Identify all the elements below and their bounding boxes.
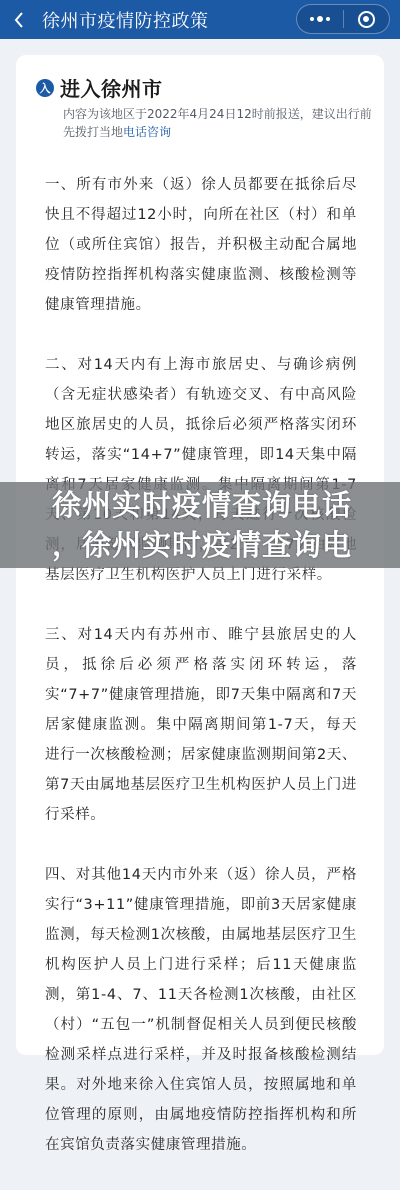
update-notice: 内容为该地区于2022年4月24日12时前报送，建议出行前先拨打当地电话咨询 <box>63 105 373 141</box>
card-title: 进入徐州市 <box>60 73 163 102</box>
page-title: 徐州市疫情防控政策 <box>42 7 209 33</box>
policy-content: 一、所有市外来（返）徐人员都要在抵徐后尽快且不得超过12小时，向所在社区（村）和… <box>45 170 357 1044</box>
card-header: 入 进入徐州市 <box>36 73 163 102</box>
chevron-left-icon <box>13 11 25 29</box>
notice-text: 内容为该地区于2022年4月24日12时前报送，建议出行前先拨打当地 <box>63 107 372 139</box>
mini-program-capsule <box>296 4 390 34</box>
close-miniprogram-button[interactable] <box>344 5 390 33</box>
policy-paragraph-1: 一、所有市外来（返）徐人员都要在抵徐后尽快且不得超过12小时，向所在社区（村）和… <box>45 170 357 320</box>
back-button[interactable] <box>0 0 38 39</box>
policy-paragraph-4: 四、对其他14天内市外来（返）徐人员，严格实行“3+11”健康管理措施，即前3天… <box>45 860 357 1044</box>
overlay-line-1: 徐州实时疫情查询电话 <box>52 485 356 525</box>
target-circle-icon <box>358 11 375 28</box>
more-dots-icon <box>310 16 330 22</box>
phone-consult-link[interactable]: 电话咨询 <box>123 125 171 139</box>
top-navbar: 徐州市疫情防控政策 <box>0 0 400 39</box>
more-button[interactable] <box>297 5 343 33</box>
policy-paragraph-3: 三、对14天内有苏州市、睢宁县旅居史的人员，抵徐后必须严格落实闭环转运，落实“7… <box>45 620 357 830</box>
overlay-line-2: ，徐州实时疫情查询电 <box>52 525 356 565</box>
title-overlay-banner: 徐州实时疫情查询电话 ，徐州实时疫情查询电 <box>0 482 400 568</box>
enter-badge-icon: 入 <box>36 79 54 97</box>
